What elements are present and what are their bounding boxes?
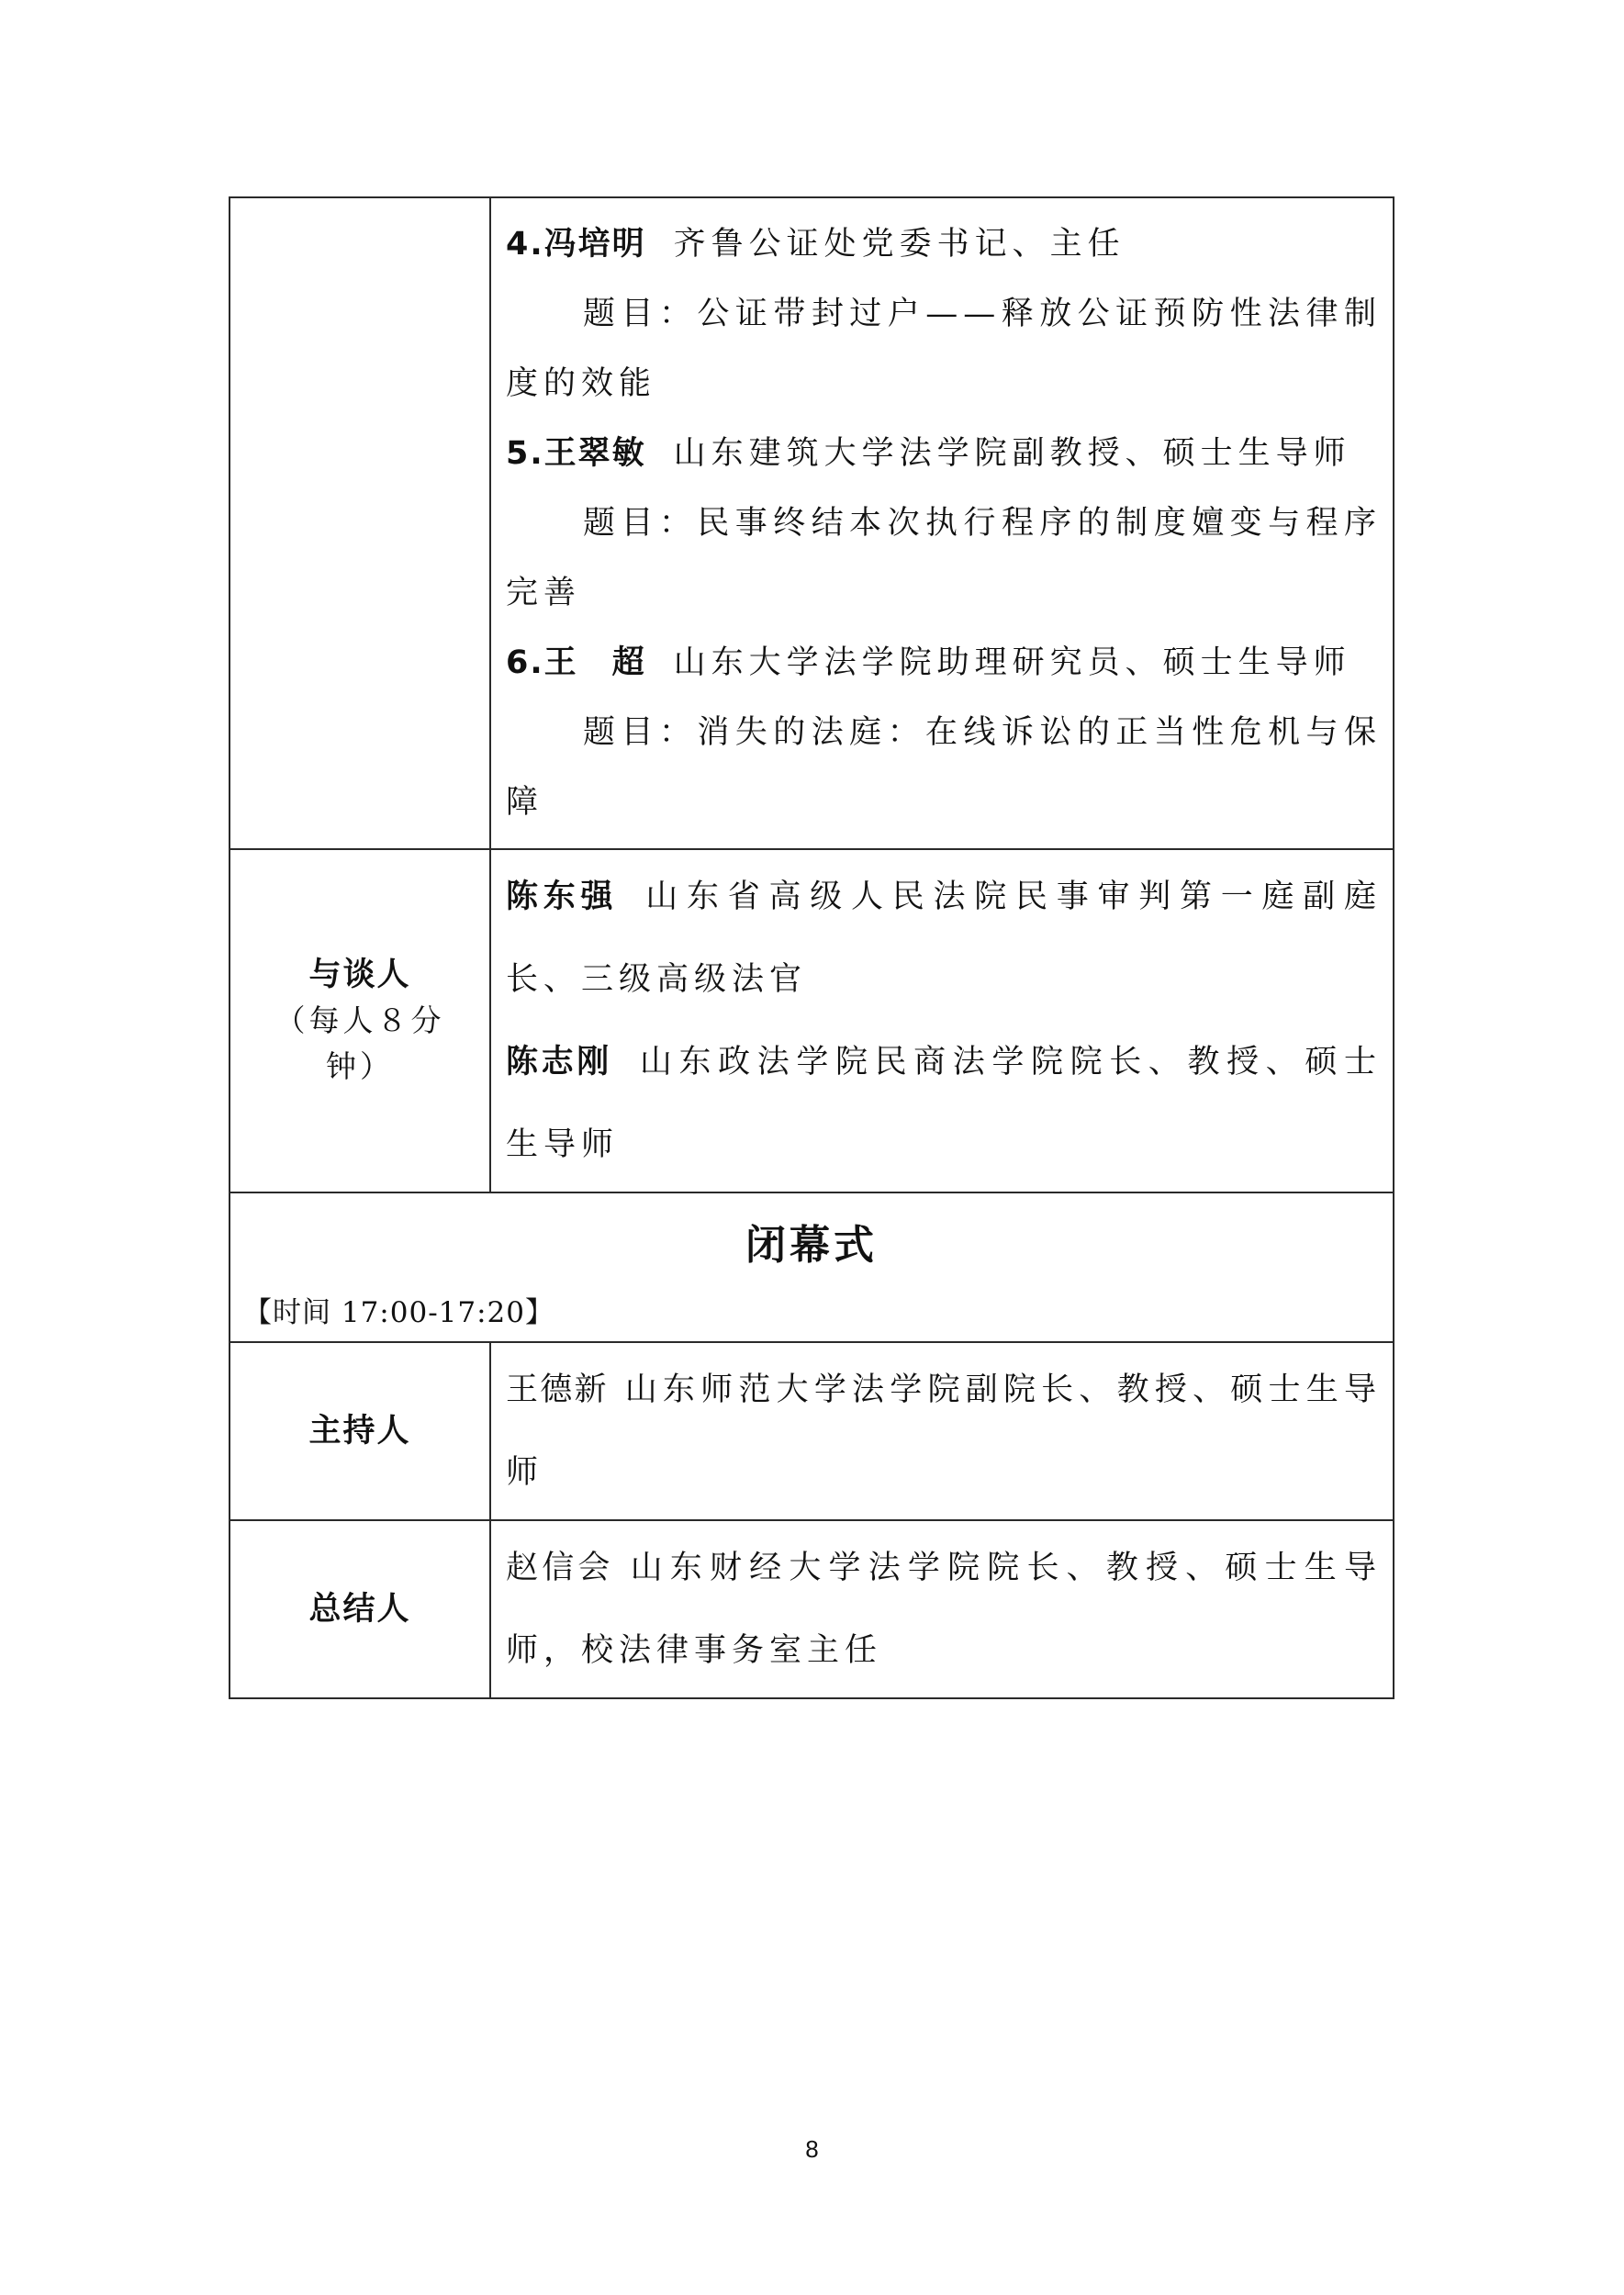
summarizer-row: 总结人 赵信会山东财经大学法学院院长、教授、硕士生导师，校法律事务室主任: [230, 1520, 1394, 1698]
speaker-number: 5.: [506, 435, 544, 472]
discussant-title: 山东政法学院民商法学院院长、教授、硕士生导师: [506, 1044, 1382, 1163]
summarizer-content-cell: 赵信会山东财经大学法学院院长、教授、硕士生导师，校法律事务室主任: [490, 1520, 1394, 1698]
speaker-head: 6.王 超山东大学法学院助理研究员、硕士生导师: [506, 628, 1382, 698]
speaker-topic: 题目：公证带封过户——释放公证预防性法律制度的效能: [506, 279, 1382, 419]
closing-cell: 闭幕式 【时间 17:00-17:20】: [230, 1192, 1394, 1342]
closing-time: 【时间 17:00-17:20】: [243, 1289, 554, 1330]
discussant-entry: 陈东强山东省高级人民法院民事审判第一庭副庭长、三级高级法官: [506, 856, 1382, 1021]
discussant-name: 陈东强: [506, 879, 618, 915]
summarizer-title: 山东财经大学法学院院长、教授、硕士生导师，校法律事务室主任: [506, 1550, 1382, 1669]
speaker-number: 4.: [506, 226, 544, 263]
speaker-topic: 题目：民事终结本次执行程序的制度嬗变与程序完善: [506, 488, 1382, 628]
speaker-name: 冯培明: [544, 226, 646, 263]
speaker-name: 王 超: [544, 644, 646, 681]
speaker-title: 齐鲁公证处党委书记、主任: [674, 226, 1126, 263]
speaker-name: 王翠敏: [544, 435, 646, 472]
closing-row: 闭幕式 【时间 17:00-17:20】: [230, 1192, 1394, 1342]
discussants-time-note: （每人８分钟）: [230, 998, 489, 1090]
speakers-row: 4.冯培明齐鲁公证处党委书记、主任 题目：公证带封过户——释放公证预防性法律制度…: [230, 197, 1394, 849]
discussants-label-cell: 与谈人 （每人８分钟）: [230, 849, 490, 1192]
speaker-entry: 5.王翠敏山东建筑大学法学院副教授、硕士生导师 题目：民事终结本次执行程序的制度…: [506, 419, 1382, 628]
speakers-label-cell: [230, 197, 490, 849]
speakers-content-cell: 4.冯培明齐鲁公证处党委书记、主任 题目：公证带封过户——释放公证预防性法律制度…: [490, 197, 1394, 849]
host-name: 王德新: [506, 1371, 609, 1408]
speaker-head: 4.冯培明齐鲁公证处党委书记、主任: [506, 209, 1382, 279]
schedule-table: 4.冯培明齐鲁公证处党委书记、主任 题目：公证带封过户——释放公证预防性法律制度…: [229, 196, 1394, 1699]
speaker-head: 5.王翠敏山东建筑大学法学院副教授、硕士生导师: [506, 419, 1382, 488]
speaker-title: 山东建筑大学法学院副教授、硕士生导师: [674, 435, 1351, 472]
host-content-cell: 王德新山东师范大学法学院副院长、教授、硕士生导师: [490, 1342, 1394, 1520]
summarizer-name: 赵信会: [506, 1550, 614, 1586]
page-number: 8: [0, 2135, 1624, 2164]
summarizer-label-cell: 总结人: [230, 1520, 490, 1698]
discussants-row: 与谈人 （每人８分钟） 陈东强山东省高级人民法院民事审判第一庭副庭长、三级高级法…: [230, 849, 1394, 1192]
discussant-entry: 陈志刚山东政法学院民商法学院院长、教授、硕士生导师: [506, 1021, 1382, 1186]
discussants-content-cell: 陈东强山东省高级人民法院民事审判第一庭副庭长、三级高级法官 陈志刚山东政法学院民…: [490, 849, 1394, 1192]
speaker-entry: 4.冯培明齐鲁公证处党委书记、主任 题目：公证带封过户——释放公证预防性法律制度…: [506, 209, 1382, 419]
host-title: 山东师范大学法学院副院长、教授、硕士生导师: [506, 1371, 1382, 1491]
speaker-entry: 6.王 超山东大学法学院助理研究员、硕士生导师 题目：消失的法庭：在线诉讼的正当…: [506, 628, 1382, 837]
closing-heading: 闭幕式: [230, 1212, 1393, 1271]
summarizer-entry: 赵信会山东财经大学法学院院长、教授、硕士生导师，校法律事务室主任: [506, 1527, 1382, 1692]
summarizer-label: 总结人: [308, 1590, 410, 1628]
host-entry: 王德新山东师范大学法学院副院长、教授、硕士生导师: [506, 1349, 1382, 1514]
host-label: 主持人: [308, 1412, 410, 1450]
speaker-title: 山东大学法学院助理研究员、硕士生导师: [674, 644, 1351, 681]
speaker-topic: 题目：消失的法庭：在线诉讼的正当性危机与保障: [506, 698, 1382, 837]
discussants-label: 与谈人: [308, 956, 410, 993]
discussant-name: 陈志刚: [506, 1044, 612, 1080]
host-row: 主持人 王德新山东师范大学法学院副院长、教授、硕士生导师: [230, 1342, 1394, 1520]
host-label-cell: 主持人: [230, 1342, 490, 1520]
speaker-number: 6.: [506, 644, 544, 681]
discussant-title: 山东省高级人民法院民事审判第一庭副庭长、三级高级法官: [506, 879, 1382, 998]
